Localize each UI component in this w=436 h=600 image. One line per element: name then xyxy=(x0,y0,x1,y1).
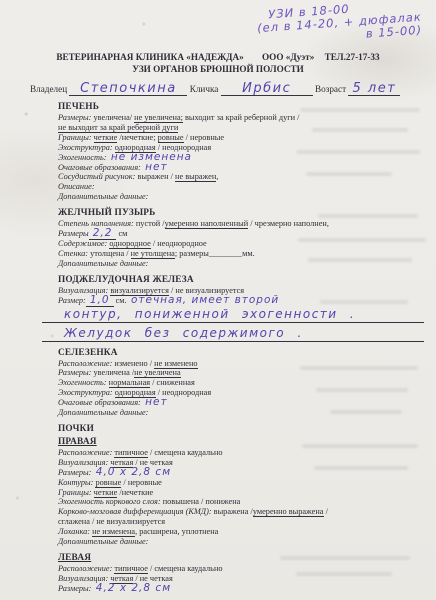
field-label: Границы: xyxy=(58,488,92,497)
option-text: пустой / xyxy=(134,219,165,228)
section-title-kidneys: ПОЧКИ xyxy=(58,424,428,435)
field-label: Стенка: xyxy=(58,249,88,258)
option-text: / смещена каудально xyxy=(148,448,223,457)
form-line: Очаговые образования: нет xyxy=(58,398,428,408)
selected-option: ровные xyxy=(95,478,121,488)
selected-option: не утолщена xyxy=(131,249,175,259)
bleedthrough-mark xyxy=(316,388,408,392)
selected-option: не увеличена; xyxy=(134,113,183,123)
option-text: изменено / xyxy=(112,359,154,368)
form-line: Очаговые образования: нет xyxy=(58,163,428,173)
selected-option: умеренно наполненный xyxy=(165,219,249,229)
option-text: см. xyxy=(114,296,127,305)
option-text: / смещена каудально xyxy=(148,564,223,573)
owner-label: Владелец xyxy=(30,84,67,94)
handwritten-value: 4,0 х 2,8 см xyxy=(91,466,171,478)
handwritten-value: отечная, имеет второй xyxy=(127,294,280,306)
handwritten-value: 4,2 х 2,8 см xyxy=(91,582,171,594)
selected-option: не изменена xyxy=(92,527,135,537)
field-label: Дополнительные данные: xyxy=(58,537,148,546)
option-text: , расширена, уплотнена xyxy=(135,527,218,536)
handwritten-value: 1,0 xyxy=(86,294,114,307)
option-text: / неровные xyxy=(184,133,225,142)
field-label: Расположение: xyxy=(58,448,112,457)
field-label: Содержимое: xyxy=(58,239,107,248)
field-label: Эхогенность: xyxy=(58,153,107,162)
field-label: Очаговые образования: xyxy=(58,398,141,407)
bleedthrough-mark xyxy=(280,556,410,560)
form-line: Размеры: 4,2 х 2,8 см xyxy=(58,584,428,594)
section-kidney-right: ПРАВАЯРасположение: типичное / смещена к… xyxy=(58,437,428,547)
section-pancreas: ПОДЖЕЛУДОЧНАЯ ЖЕЛЕЗАВизуализация: визуал… xyxy=(58,275,428,342)
option-text: , xyxy=(216,172,218,181)
form-line: Границы: четкие /нечеткие; ровные / неро… xyxy=(58,133,428,143)
field-label: Корково-мозговая дифференциация (КМД): xyxy=(58,507,212,516)
selected-option: умеренно выражена xyxy=(253,507,324,517)
bleedthrough-mark xyxy=(320,300,408,304)
bleedthrough-mark xyxy=(302,444,418,448)
field-label: Расположение: xyxy=(58,564,112,573)
clinic-phone: ТЕЛ.27-17-33 xyxy=(325,52,380,64)
option-text: утолщена / xyxy=(88,249,131,258)
selected-option: четкие xyxy=(94,488,118,498)
field-label: Размеры: xyxy=(58,468,91,477)
bleedthrough-mark xyxy=(308,258,412,262)
option-text: увеличена / xyxy=(91,368,134,377)
form-line: Эхогенность коркового слоя: повышена / п… xyxy=(58,497,428,507)
bleedthrough-mark xyxy=(330,410,402,414)
option-text: см xyxy=(116,229,127,238)
selected-option: четкие xyxy=(94,133,118,143)
form-line: Лоханка: не изменена, расширена, уплотне… xyxy=(58,527,428,537)
option-text: повышена / понижена xyxy=(161,497,241,506)
selected-option: однородное xyxy=(109,239,150,249)
bleedthrough-mark xyxy=(298,238,426,242)
field-label: Контуры: xyxy=(58,478,93,487)
option-text: /нечеткие; xyxy=(117,133,157,142)
age-value: 5 лет xyxy=(348,83,400,96)
form-line: Расположение: типичное / смещена каудаль… xyxy=(58,448,428,458)
option-text: / xyxy=(324,507,328,516)
field-label: Размеры: xyxy=(58,584,91,593)
pet-name-value: Ирбис xyxy=(221,83,313,96)
field-label: Лоханка: xyxy=(58,527,90,536)
selected-option: не выражен xyxy=(175,172,216,182)
option-text: увеличена/ xyxy=(91,113,134,122)
bleedthrough-mark xyxy=(312,128,408,132)
form-line: Границы: четкие /нечеткие xyxy=(58,488,428,498)
selected-option: ровные xyxy=(158,133,184,143)
field-label: Размеры: xyxy=(58,368,91,377)
option-text: / чрезмерно наполнен, xyxy=(248,219,329,228)
bleedthrough-mark xyxy=(300,108,420,112)
field-label: Очаговые образования: xyxy=(58,163,141,172)
age-label: Возраст xyxy=(315,84,346,94)
option-text: выражен / xyxy=(135,172,175,181)
bleedthrough-mark xyxy=(296,572,392,576)
scanned-form-page: УЗИ в 18-00 (ел в 14-20, + дюфалак в 15-… xyxy=(0,0,436,600)
form-line: контур, пониженной эхогенности . xyxy=(58,307,428,323)
selected-option: не изменено xyxy=(154,359,197,369)
field-label: Размер: xyxy=(58,296,86,305)
field-label: Дополнительные данные: xyxy=(58,192,148,201)
section-title-spleen: СЕЛЕЗЕНКА xyxy=(58,348,428,359)
handwritten-line: контур, пониженной эхогенности . xyxy=(42,307,424,323)
company-name: ООО «Дуэт» xyxy=(262,52,314,64)
selected-option: не выходит за край реберной дуги xyxy=(58,123,178,133)
pet-name-label: Кличка xyxy=(190,84,219,94)
form-line: Размеры: увеличена/ не увеличена; выходи… xyxy=(58,113,428,123)
field-label: Размеры: xyxy=(58,113,91,122)
field-label: Эхоструктура: xyxy=(58,388,113,397)
bleedthrough-mark xyxy=(306,172,392,176)
bleedthrough-mark xyxy=(318,214,418,218)
option-text: выражена / xyxy=(212,507,253,516)
section-kidneys: ПОЧКИ xyxy=(58,424,428,435)
selected-option: нормальная xyxy=(109,378,150,388)
field-label: Эхоструктура: xyxy=(58,143,113,152)
selected-option: типичное xyxy=(114,564,148,574)
form-line: Желудок без содержимого . xyxy=(58,326,428,342)
field-label: Дополнительные данные: xyxy=(58,259,148,268)
field-label: Эхогенность коркового слоя: xyxy=(58,497,161,506)
form-line: Описание: xyxy=(58,182,428,192)
field-label: Размеры xyxy=(58,229,89,238)
field-label: Дополнительные данные: xyxy=(58,408,148,417)
option-text: / неровные xyxy=(121,478,162,487)
field-label: Сосудистый рисунок: xyxy=(58,172,135,181)
field-label: Эхогенность: xyxy=(58,378,107,387)
form-line: сглажена / не визуализируется xyxy=(58,517,428,527)
patient-info-row: Владелец Степочкина Кличка Ирбис Возраст… xyxy=(30,83,436,96)
bleedthrough-mark xyxy=(300,366,418,370)
option-text: выходит за край реберной дуги / xyxy=(183,113,300,122)
bleedthrough-mark xyxy=(314,466,408,470)
form-line: Контуры: ровные / неровные xyxy=(58,478,428,488)
form-line: Эхогенность: нормальная / сниженная xyxy=(58,378,428,388)
section-spleen: СЕЛЕЗЕНКАРасположение: изменено / не изм… xyxy=(58,348,428,418)
form-line: Корково-мозговая дифференциация (КМД): в… xyxy=(58,507,428,517)
option-text: /нечеткие xyxy=(117,488,153,497)
clinic-line: ВЕТЕРИНАРНАЯ КЛИНИКА «НАДЕЖДА» ООО «Дуэт… xyxy=(0,52,436,64)
form-line: Эхогенность: не изменена xyxy=(58,153,428,163)
selected-option: не увеличена xyxy=(134,368,180,378)
field-label: Границы: xyxy=(58,133,92,142)
handwritten-value: нет xyxy=(141,396,168,408)
clinic-name: ВЕТЕРИНАРНАЯ КЛИНИКА «НАДЕЖДА» xyxy=(56,52,243,64)
form-line: Дополнительные данные: xyxy=(58,537,428,547)
handwritten-value: нет xyxy=(141,161,168,173)
bleedthrough-mark xyxy=(296,150,420,154)
option-text: / сниженная xyxy=(150,378,195,387)
option-text: / неоднородное xyxy=(151,239,207,248)
handwritten-line: Желудок без содержимого . xyxy=(42,326,424,342)
selected-option: типичное xyxy=(114,448,148,458)
option-text: сглажена / не визуализируется xyxy=(58,517,165,526)
document-title: УЗИ ОРГАНОВ БРЮШНОЙ ПОЛОСТИ xyxy=(0,64,436,76)
field-label: Описание: xyxy=(58,182,95,191)
section-title-pancreas: ПОДЖЕЛУДОЧНАЯ ЖЕЛЕЗА xyxy=(58,275,428,286)
field-label: Расположение: xyxy=(58,359,112,368)
option-text: ; размеры________мм. xyxy=(175,249,255,258)
form-line: Дополнительные данные: xyxy=(58,192,428,202)
owner-value: Степочкина xyxy=(69,83,187,96)
